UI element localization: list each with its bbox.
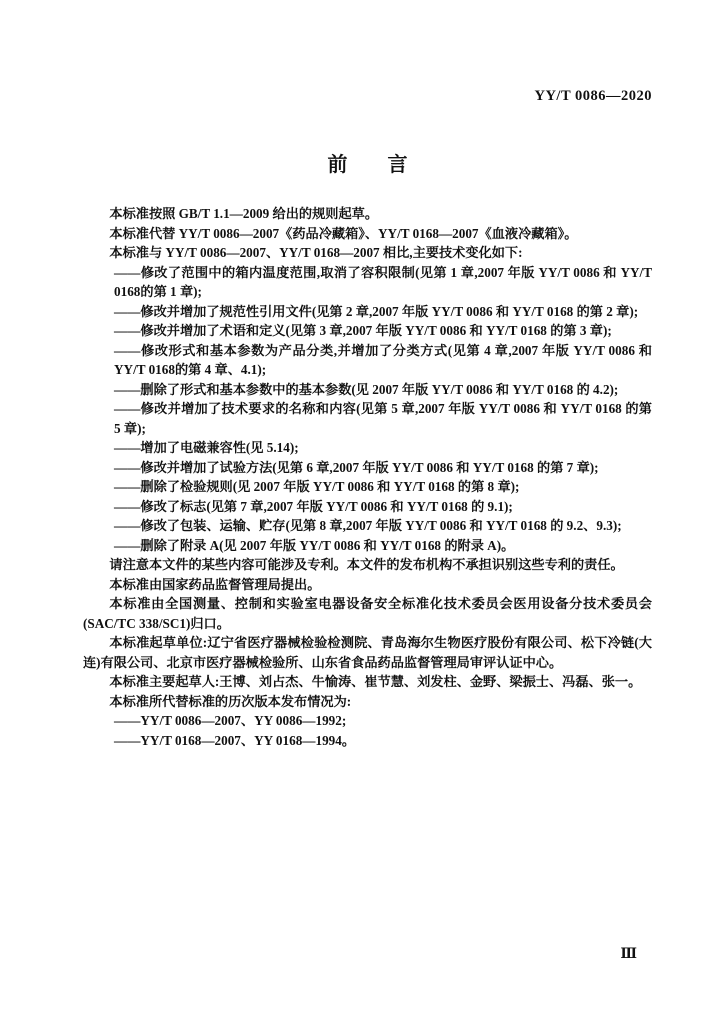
foreword-paragraph: 本标准所代替标准的历次版本发布情况为: [83,692,652,712]
page-number: Ⅲ [83,946,637,962]
foreword-paragraph: 本标准起草单位:辽宁省医疗器械检验检测院、青岛海尔生物医疗股份有限公司、松下冷链… [83,633,652,672]
foreword-list-item: ——YY/T 0168—2007、YY 0168—1994。 [83,731,652,751]
foreword-list-item: ——修改形式和基本参数为产品分类,并增加了分类方式(见第 4 章,2007 年版… [83,341,652,380]
foreword-paragraph: 请注意本文件的某些内容可能涉及专利。本文件的发布机构不承担识别这些专利的责任。 [83,555,652,575]
foreword-list-item: ——删除了附录 A(见 2007 年版 YY/T 0086 和 YY/T 016… [83,536,652,556]
foreword-list-item: ——修改了包装、运输、贮存(见第 8 章,2007 年版 YY/T 0086 和… [83,516,652,536]
foreword-list-item: ——YY/T 0086—2007、YY 0086—1992; [83,711,652,731]
foreword-paragraph: 本标准代替 YY/T 0086—2007《药品冷藏箱》、YY/T 0168—20… [83,224,652,244]
foreword-list-item: ——修改并增加了术语和定义(见第 3 章,2007 年版 YY/T 0086 和… [83,321,652,341]
foreword-list-item: ——修改了标志(见第 7 章,2007 年版 YY/T 0086 和 YY/T … [83,497,652,517]
foreword-list-item: ——增加了电磁兼容性(见 5.14); [83,438,652,458]
foreword-paragraph: 本标准主要起草人:王博、刘占杰、牛愉涛、崔节慧、刘发柱、金野、梁振士、冯磊、张一… [83,672,652,692]
foreword-list-item: ——修改并增加了试验方法(见第 6 章,2007 年版 YY/T 0086 和 … [83,458,652,478]
document-page: YY/T 0086—2020 前 言 本标准按照 GB/T 1.1—2009 给… [0,0,724,1024]
foreword-paragraph: 本标准与 YY/T 0086—2007、YY/T 0168—2007 相比,主要… [83,243,652,263]
foreword-list-item: ——删除了形式和基本参数中的基本参数(见 2007 年版 YY/T 0086 和… [83,380,652,400]
foreword-paragraph: 本标准由国家药品监督管理局提出。 [83,575,652,595]
foreword-list-item: ——修改并增加了规范性引用文件(见第 2 章,2007 年版 YY/T 0086… [83,302,652,322]
foreword-list-item: ——修改并增加了技术要求的名称和内容(见第 5 章,2007 年版 YY/T 0… [83,399,652,438]
foreword-paragraph: 本标准由全国测量、控制和实验室电器设备安全标准化技术委员会医用设备分技术委员会(… [83,594,652,633]
foreword-content: 本标准按照 GB/T 1.1—2009 给出的规则起草。本标准代替 YY/T 0… [83,204,652,750]
foreword-list-item: ——删除了检验规则(见 2007 年版 YY/T 0086 和 YY/T 016… [83,477,652,497]
page-title: 前 言 [83,148,652,177]
foreword-list-item: ——修改了范围中的箱内温度范围,取消了容积限制(见第 1 章,2007 年版 Y… [83,263,652,302]
standard-code: YY/T 0086—2020 [83,88,652,105]
foreword-paragraph: 本标准按照 GB/T 1.1—2009 给出的规则起草。 [83,204,652,224]
